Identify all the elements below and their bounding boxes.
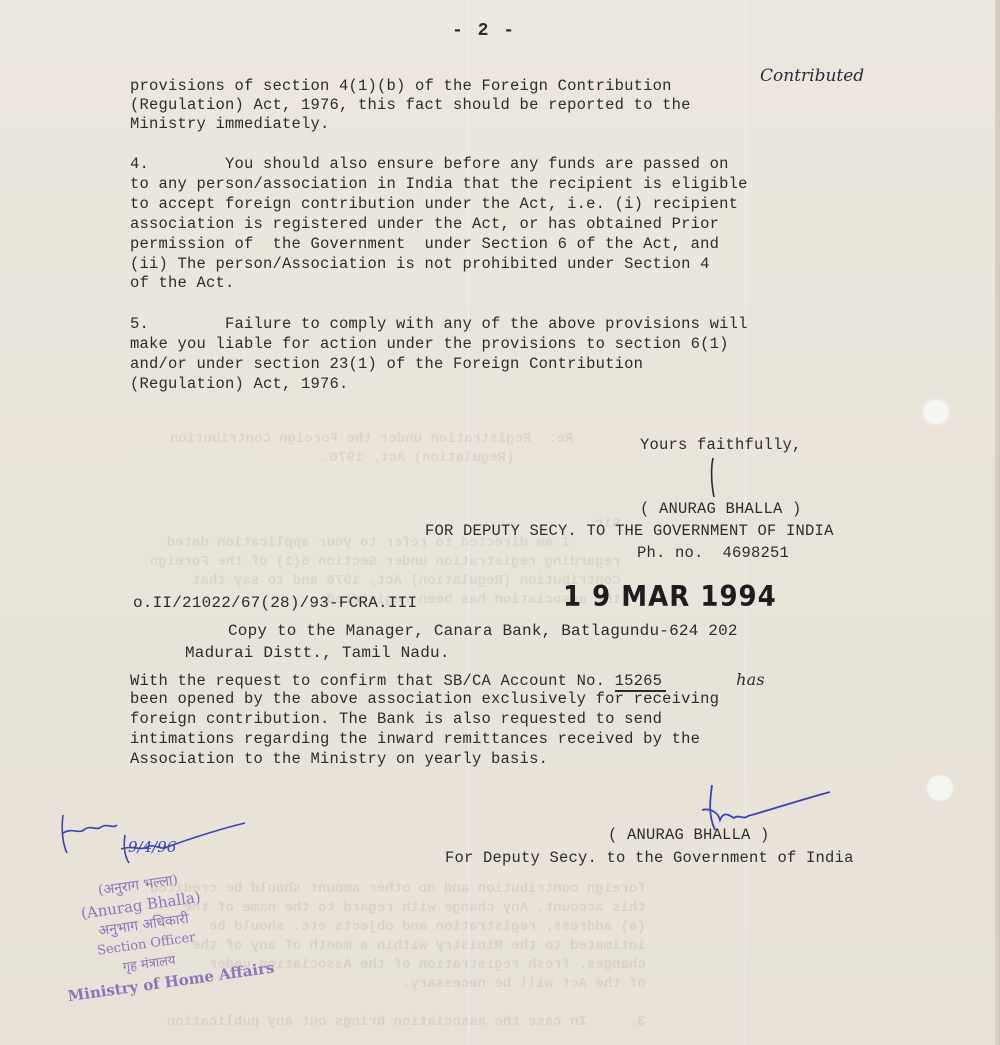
document-page: Re: Registration under the Foreign Contr… xyxy=(0,0,1000,1045)
signatory-name: ( ANURAG BHALLA ) xyxy=(640,500,802,519)
account-number: 15265 xyxy=(615,672,667,692)
text-fragment: With the request to confirm that SB/CA A… xyxy=(130,672,615,690)
page-number: - 2 - xyxy=(452,22,516,41)
text-line: and/or under section 23(1) of the Foreig… xyxy=(130,355,643,374)
phone-number: Ph. no. 4698251 xyxy=(637,544,789,563)
text-line: intimations regarding the inward remitta… xyxy=(130,730,700,749)
handwritten-word: has xyxy=(736,670,765,689)
signatory-name: ( ANURAG BHALLA ) xyxy=(608,826,770,845)
bleed-through-text: Re: Registration under the Foreign Contr… xyxy=(170,430,573,468)
handwritten-correction: Contributed xyxy=(760,66,864,86)
handwritten-date: 9/4/96 xyxy=(128,838,176,856)
text-line: to accept foreign contribution under the… xyxy=(130,195,738,214)
signature-mark xyxy=(705,455,725,500)
text-line: association is registered under the Act,… xyxy=(130,215,719,234)
text-line: of the Act. xyxy=(130,274,235,293)
text-line: foreign contribution. The Bank is also r… xyxy=(130,710,662,729)
official-stamp: (अनुराग भल्ला) (Anurag Bhalla) अनुभाग अध… xyxy=(52,864,237,1006)
text-line: Madurai Distt., Tamil Nadu. xyxy=(185,644,450,663)
text-line: been opened by the above association exc… xyxy=(130,690,719,709)
punch-hole xyxy=(922,398,950,426)
text-line: Ministry immediately. xyxy=(130,115,330,134)
text-line: provisions of section 4(1)(b) of the For… xyxy=(130,77,672,96)
text-line: (Regulation) Act, 1976. xyxy=(130,375,349,394)
text-line: make you liable for action under the pro… xyxy=(130,335,729,354)
text-line: 5. Failure to comply with any of the abo… xyxy=(130,315,748,334)
text-line: permission of the Government under Secti… xyxy=(130,235,719,254)
punch-hole xyxy=(926,774,954,802)
closing: Yours faithfully, xyxy=(640,436,802,455)
text-line: Copy to the Manager, Canara Bank, Batlag… xyxy=(228,622,738,641)
text-line: to any person/association in India that … xyxy=(130,175,748,194)
signatory-title: For Deputy Secy. to the Government of In… xyxy=(445,849,854,868)
text-line: Association to the Ministry on yearly ba… xyxy=(130,750,548,769)
signatory-title: FOR DEPUTY SECY. TO THE GOVERNMENT OF IN… xyxy=(425,522,834,541)
reference-number: o.II/21022/67(28)/93-FCRA.III xyxy=(133,594,417,613)
text-line: With the request to confirm that SB/CA A… xyxy=(130,670,765,691)
text-line: (Regulation) Act, 1976, this fact should… xyxy=(130,96,691,115)
text-line: 4. You should also ensure before any fun… xyxy=(130,155,729,174)
text-line: (ii) The person/Association is not prohi… xyxy=(130,255,710,274)
date-stamp: 1 9 MAR 1994 xyxy=(563,581,777,614)
